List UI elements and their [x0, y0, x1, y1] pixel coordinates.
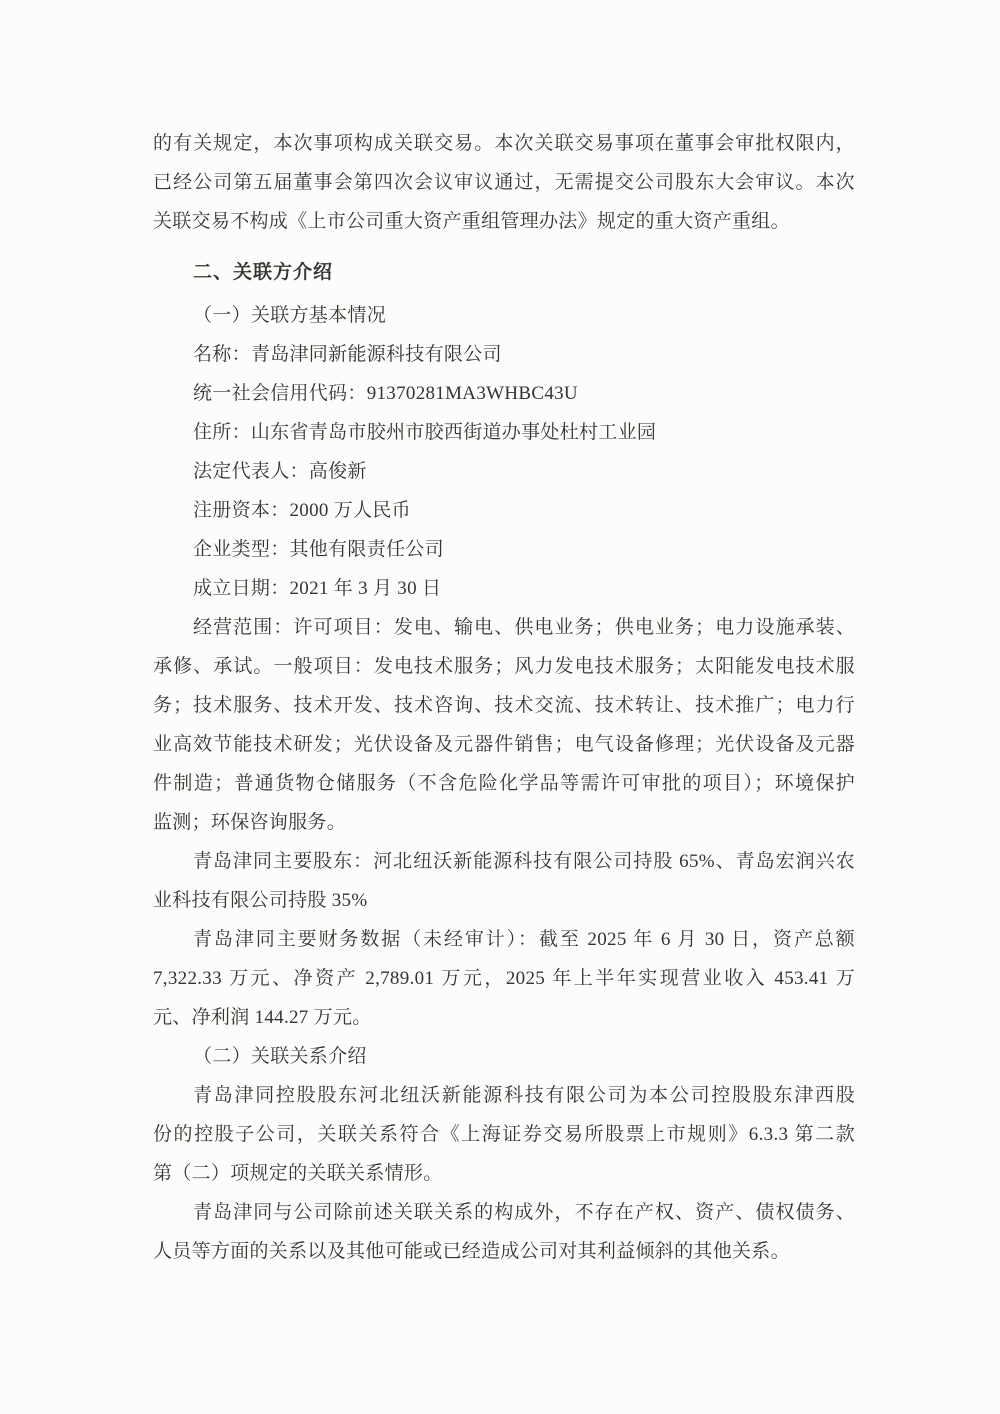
text-line: 件制造；普通货物仓储服务（不含危险化学品等需许可审批的项目）；环境保护 — [153, 764, 855, 803]
subheading-related-party-relationship: （二）关联关系介绍 — [153, 1037, 855, 1076]
text-line: 人员等方面的关系以及其他可能或已经造成公司对其利益倾斜的其他关系。 — [153, 1232, 855, 1271]
text-line: 业高效节能技术研发；光伏设备及元器件销售；电气设备修理；光伏设备及元器 — [153, 725, 855, 764]
text-line: 业科技有限公司持股 35% — [153, 881, 855, 920]
text-line: （一）关联方基本情况 — [153, 296, 855, 335]
field-establishment-date: 成立日期：2021 年 3 月 30 日 — [153, 569, 855, 608]
text-line: 元、净利润 144.27 万元。 — [153, 998, 855, 1037]
text-line: 7,322.33 万元、净资产 2,789.01 万元，2025 年上半年实现营… — [153, 959, 855, 998]
field-company-name: 名称：青岛津同新能源科技有限公司 — [153, 335, 855, 374]
document-body: 的有关规定，本次事项构成关联交易。本次关联交易事项在董事会审批权限内，已经公司第… — [153, 124, 855, 1271]
text-line: 住所：山东省青岛市胶州市胶西街道办事处杜村工业园 — [153, 413, 855, 452]
field-address: 住所：山东省青岛市胶州市胶西街道办事处杜村工业园 — [153, 413, 855, 452]
text-line: 青岛津同主要财务数据（未经审计）：截至 2025 年 6 月 30 日，资产总额 — [153, 920, 855, 959]
text-line: 企业类型：其他有限责任公司 — [153, 530, 855, 569]
text-line: 成立日期：2021 年 3 月 30 日 — [153, 569, 855, 608]
text-line: 承修、承试。一般项目：发电技术服务；风力发电技术服务；太阳能发电技术服 — [153, 647, 855, 686]
field-credit-code: 统一社会信用代码：91370281MA3WHBC43U — [153, 374, 855, 413]
text-line: 经营范围：许可项目：发电、输电、供电业务；供电业务；电力设施承装、 — [153, 608, 855, 647]
text-line: 务；技术服务、技术开发、技术咨询、技术交流、技术转让、技术推广；电力行 — [153, 686, 855, 725]
text-line: 注册资本：2000 万人民币 — [153, 491, 855, 530]
text-line: 统一社会信用代码：91370281MA3WHBC43U — [153, 374, 855, 413]
paragraph-business-scope: 经营范围：许可项目：发电、输电、供电业务；供电业务；电力设施承装、承修、承试。一… — [153, 608, 855, 842]
text-line: 青岛津同控股股东河北纽沃新能源科技有限公司为本公司控股股东津西股 — [153, 1076, 855, 1115]
field-registered-capital: 注册资本：2000 万人民币 — [153, 491, 855, 530]
text-line: （二）关联关系介绍 — [153, 1037, 855, 1076]
text-line: 监测；环保咨询服务。 — [153, 803, 855, 842]
text-line: 青岛津同与公司除前述关联关系的构成外，不存在产权、资产、债权债务、 — [153, 1193, 855, 1232]
paragraph-approval-statement: 的有关规定，本次事项构成关联交易。本次关联交易事项在董事会审批权限内，已经公司第… — [153, 124, 855, 241]
text-line: 关联交易不构成《上市公司重大资产重组管理办法》规定的重大资产重组。 — [153, 202, 855, 241]
paragraph-relationship-description: 青岛津同控股股东河北纽沃新能源科技有限公司为本公司控股股东津西股份的控股子公司，… — [153, 1076, 855, 1193]
text-line: 名称：青岛津同新能源科技有限公司 — [153, 335, 855, 374]
text-line: 已经公司第五届董事会第四次会议审议通过，无需提交公司股东大会审议。本次 — [153, 163, 855, 202]
subheading-related-party-basic-info: （一）关联方基本情况 — [153, 296, 855, 335]
paragraph-major-shareholders: 青岛津同主要股东：河北纽沃新能源科技有限公司持股 65%、青岛宏润兴农业科技有限… — [153, 842, 855, 920]
paragraph-no-other-relationship: 青岛津同与公司除前述关联关系的构成外，不存在产权、资产、债权债务、人员等方面的关… — [153, 1193, 855, 1271]
section-heading: 二、关联方介绍 — [153, 253, 855, 292]
heading-section-2: 二、关联方介绍 — [153, 253, 855, 292]
text-line: 份的控股子公司，关联关系符合《上海证券交易所股票上市规则》6.3.3 第二款 — [153, 1115, 855, 1154]
field-legal-representative: 法定代表人：高俊新 — [153, 452, 855, 491]
text-line: 青岛津同主要股东：河北纽沃新能源科技有限公司持股 65%、青岛宏润兴农 — [153, 842, 855, 881]
text-line: 法定代表人：高俊新 — [153, 452, 855, 491]
paragraph-financial-data: 青岛津同主要财务数据（未经审计）：截至 2025 年 6 月 30 日，资产总额… — [153, 920, 855, 1037]
field-company-type: 企业类型：其他有限责任公司 — [153, 530, 855, 569]
text-line: 第（二）项规定的关联关系情形。 — [153, 1154, 855, 1193]
document-page: 的有关规定，本次事项构成关联交易。本次关联交易事项在董事会审批权限内，已经公司第… — [0, 0, 1000, 1414]
text-line: 的有关规定，本次事项构成关联交易。本次关联交易事项在董事会审批权限内， — [153, 124, 855, 163]
